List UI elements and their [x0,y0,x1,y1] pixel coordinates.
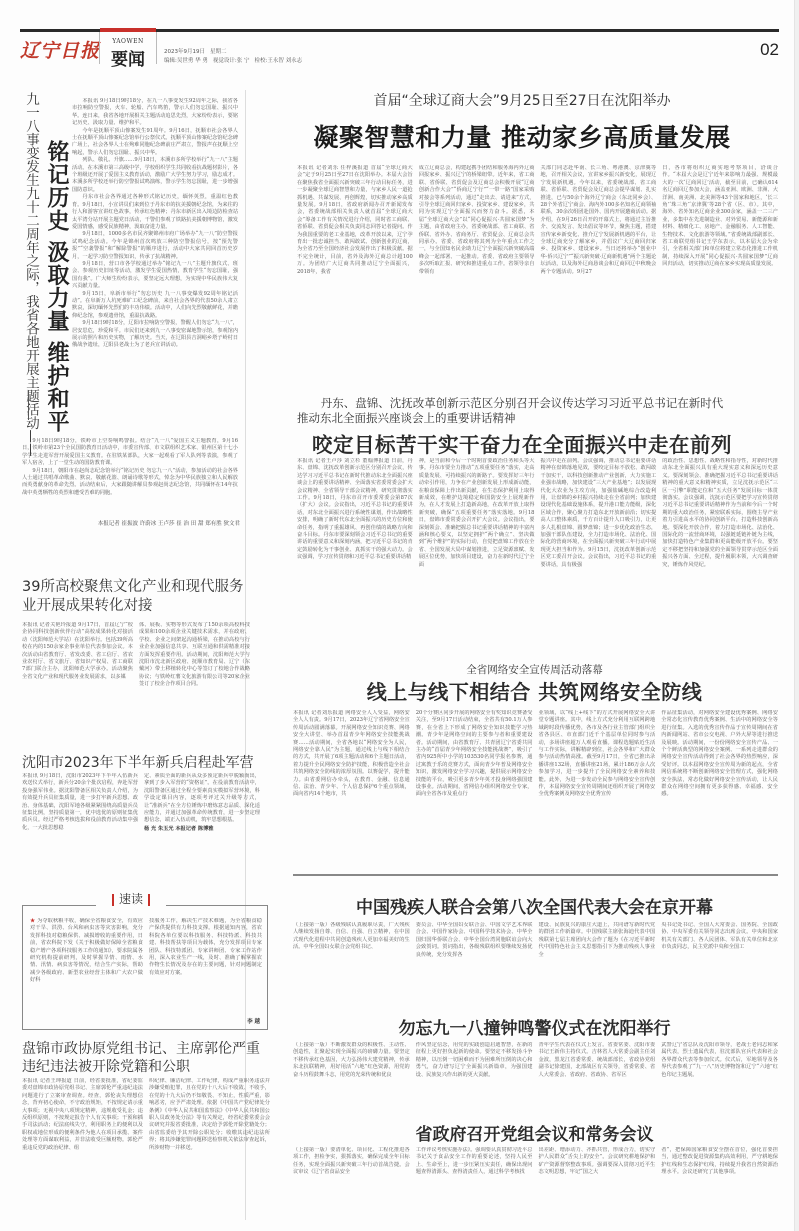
text-column: 的政治性、思想性、战略性和指导性，对新时代推动东北全面振兴具有重大现实意义和深远… [662,458,778,638]
proofreaders: 检校:王永智 刘永志 [254,58,302,64]
left1-headline: 39所高校聚焦文化产业和现代服务业开展成果转化对接 [22,578,252,616]
section-name-en: YAOWEN [100,38,156,45]
text-column: 20个分赛区同步开展的网络安全有奖知识竞赛备受关注，至9月17日活动结束，全省共… [416,710,533,865]
text-column: 本报讯 记者王坤报道 日前，经省委批准，省纪委监委对盘锦市政协原党组书记、主席郭… [22,1078,143,1213]
paragraph: 9月18日，营口市各学校通过举办“铭记九一八”主题升旗仪式、班会、参观历史旧址等… [72,261,238,291]
paragraph: 9月15日，阜新市举行“勿忘历史 九一八事变爆发92周年铭记活动”。在阜新万人坑… [72,291,238,321]
text-column: 为夺取秋粮丰收，确保全省粮食安全，有效应对干旱、洪涝、台风和病虫害等灾害影响，充… [30,918,143,983]
text-column: ★ 为夺取秋粮丰收，确保全省粮食安全，有效应对干旱、洪涝、台风和病虫害等灾害影响… [30,918,143,1018]
text-column: 织纪律、廉洁纪律、工作纪律，构成严重职务违法并涉嫌受贿犯罪，且在党的十八大后不收… [149,1078,270,1213]
paragraph: 9月18日，1000多名市民齐聚锦州市府广场举办“九一八”防空警报试鸣纪念活动。… [72,231,238,261]
issue-weekday: 星期二 [210,49,227,55]
text-column: 作风坚定信念，用党的实践创造启迪智慧，在新的征程上更好担负起新的使命。要坚定不移… [416,1042,533,1112]
masthead-divider [156,32,157,64]
text-column: 体、展板、实物等形式发布了150余项高校科技成果和100余项企业关键技术需求，并… [139,622,250,740]
quick-read-author: 李 越 [200,1017,260,1025]
paragraph: 9月18日9时18分，辽阳市拉响防空警报，警醒人们勿忘“九一八”，居安思危，珍爱… [72,320,238,350]
text-column: 本报讯 记者关艳玲报道 9月17日，首届辽宁“校企协同科技创新伙伴行动”高校成果… [22,622,133,740]
lead-headline: 铭记历史 汲取力量 维护和平 [40,140,70,433]
newspaper-logo: 辽宁日报 [20,36,96,66]
newspaper-page: 辽宁日报 YAOWEN 要闻 2023年9月19日星期二 编辑:吴世勇 华 勇视… [0,0,799,1231]
editors: 编辑:吴世勇 华 勇 [164,58,208,64]
quick-read-header: 速读 [96,890,166,910]
section-rule [293,874,778,876]
text-column: 本报讯 记者王卢莎 刘立杉 董翰博报道 日前，丹东、盘锦、沈抚改革创新示范区分别… [297,458,413,638]
lead-article-body: 本报讯 9月18日9时18分，在九一八事变发生92周年之际，我省各市拉响防空警报… [72,98,238,433]
page-number: 02 [760,40,779,60]
text-column: 央书记处书记、全国人大常委会、国务院、全国政协、中央军委有关领导同志出席会议。中… [661,922,778,997]
text-column: 日，各市将组织辽商实地考察项目，洽谈合作。“本届大会是辽宁近年来影响力最强、规模… [662,165,778,350]
header-bar-right [148,894,150,906]
story3-headline: 咬定目标苦干实干奋力在全面振兴中走在前列 [245,428,799,458]
text-column: 委员会、中华全国妇女联合会、中国文学艺术界联合会、中国作家协会、中国科学技术协会… [416,922,533,997]
designer: 视觉设计:张 宁 [213,58,250,64]
text-column: 技服务工作，解决生产技术难题，为全省粮食稳产保供提供有力科技支撑。根据通知内容，… [149,918,262,1018]
story3-body: 本报讯 记者王卢莎 刘立杉 董翰博报道 日前，丹东、盘锦、沈抚改革创新示范区分别… [297,458,778,638]
right2-body: （上接第一版）不断激发群众的积极性、主动性、创造性，汇聚起实现全面振兴的磅礴力量… [293,1042,778,1112]
story4-kicker: 全省网络安全宣传周活动落幕 [270,662,799,677]
masthead-meta: 2023年9月19日星期二 编辑:吴世勇 华 勇视觉设计:张 宁检校:王永智 刘… [164,48,307,66]
lead-article-body-wide: 9月18日9时18分，铁岭市上空奏响鸣警报。结合“九一八”爱国主义主题教育，9月… [22,438,238,518]
left3-body: 本报讯 记者王坤报道 日前，经省委批准，省纪委监委对盘锦市政协原党组书记、主席郭… [22,1078,270,1213]
story2-headline: 凝聚智慧和力量 推动家乡高质量发展 [245,118,799,154]
text-column: 振兴中走在前列。会议强调，推动总书记重要讲话精神在盘锦落地见效，要咬定目标不放松… [541,458,657,638]
text-column: 神，是当前和今后一个时期首要政治任务和头等大事。丹东市要全力推动“五项重要任务”… [419,458,535,638]
text-column: 建设、民族复兴的康庄大道上，共同谱写新时代党的群团工作新篇章。中国残联主席张海迪… [539,922,656,997]
section-name: 要闻 [100,45,156,70]
paragraph: 9月18日，朝阳市在赵尚志纪念馆举行“铭记历史 勿忘九一八”活动，参加活动的社会… [22,468,238,498]
left2-byline: 杨 光 朱玉光 本报记者 陈博雅 [144,826,260,833]
text-column: 本报讯 9月18日，沈阳市2023年下半年入伍新兵欢送仪式举行，新兵分20余个批… [22,773,138,863]
text-column: 工作评议考核实施办法》。强调要认真贯彻习近平总书记关于食品安全工作的重要论述，坚… [416,1147,533,1217]
text-column: 本报讯 记者刘乐报道 网络安全人人受益，网络安全人人有责。9月17日，2023年… [293,710,410,865]
header-bar-left [112,894,114,906]
kicker-dash [28,390,29,420]
right1-body: （上接第一版）各级残联认真履职尽责，广大残疾人继续发扬自尊、自信、自强、自立精神… [293,922,778,997]
text-column: 武警辽宁省总队及沈阳市领导，老战士老同志和家属代表，烈士遗属代表，驻沈部队官兵代… [661,1042,778,1112]
text-column: 出差距、增添动力、齐抓共管，形成合力，切实守护人民群众“舌尖上的安全”。会议研究… [539,1147,656,1217]
left2-headline: 沈阳市2023年下半年新兵启程赴军营 [22,752,272,772]
story3-kicker: 丹东、盘锦、沈抚改革创新示范区分别召开会议传达学习习近平总书记在新时代 [245,395,799,411]
story3-kicker-line2: 推动东北全面振兴座谈会上的重要讲话精神 [297,410,516,426]
paragraph: 列队、敬礼、升旗……9月18日，本溪市多所学校举行“九一八”主题活动。在本溪市第… [72,157,238,194]
text-column: 本报讯 记者刘乐 任梓溪报道 首届“全球辽商大会”定于9月25日至27日在沈阳举… [297,165,413,350]
text-column: 业领域，以“线上+线下”的方式开展网络安全大讲堂专题讲座。其中，线上方式充分利用… [539,710,656,865]
lead-kicker: 九一八事变发生九十二周年之际，我省各地开展主题活动—— [22,92,38,457]
text-column: （上接第一版）不断激发群众的积极性、主动性、创造性，汇聚起实现全面振兴的磅礴力量… [293,1042,410,1112]
text-column: 关部门同志赴华南、长三角、粤港澳、京津冀等地，召开相关会议，宣讲家乡振兴新变化，… [541,165,657,350]
story2-body: 本报讯 记者刘乐 任梓溪报道 首届“全球辽商大会”定于9月25日至27日在沈阳举… [297,165,778,350]
vertical-scrollbar[interactable] [794,0,799,1231]
issue-date: 2023年9月19日 [164,49,205,55]
quick-read-title: 速读 [119,892,143,906]
text-column: （上接第一版）各级残联认真履职尽责，广大残疾人继续发扬自尊、自信、自强、自立精神… [293,922,410,997]
paragraph: 9月18日9时18分，铁岭市上空奏响鸣警报。结合“九一八”爱国主义主题教育，9月… [22,438,238,468]
left3-headline: 盘锦市政协原党组书记、主席郭伦严重违纪违法被开除党籍和公职 [22,1040,272,1076]
quick-read-body: ★ 为夺取秋粮丰收，确保全省粮食安全，有效应对干旱、洪涝、台风和病虫害等灾害影响… [30,918,262,1018]
paragraph: 今年是抚顺平顶山惨案发生91周年。9月16日，抚顺市社会各界人士在抚顺平顶山惨案… [72,128,238,158]
story4-body: 本报讯 记者刘乐报道 网络安全人人受益，网络安全人人有责。9月17日，2023年… [293,710,778,865]
story2-kicker: 首届“全球辽商大会”9月25日至27日在沈阳举办 [245,90,799,110]
text-column: 成立辽商总会，构建起携手团结和服务海内外辽商回报家乡、振兴辽宁的桥梁纽带。近年来… [419,165,535,350]
right1-headline: 中国残疾人联合会第八次全国代表大会在京开幕 [270,893,799,918]
lead-byline: 本报记者 崔振波 许蔚冰 王卢莎 崔 治 田 甜 郑有胜 狄文君 [90,520,240,528]
left1-body: 本报讯 记者关艳玲报道 9月17日，首届辽宁“校企协同科技创新伙伴行动”高校成果… [22,622,250,740]
paragraph: 本报讯 9月18日9时18分，在九一八事变发生92周年之际，我省各市拉响防空警报… [72,98,238,128]
text-column: （上接第一版）要清单化、项目化、工程化推进各项工作，担检争实，狠抓落实，确保完成… [293,1147,410,1217]
section-accent-bar [100,28,156,32]
right2-headline: 勿忘九一八撞钟鸣警仪式在沈阳举行 [270,1014,799,1039]
text-column: 定、素质全面的新兵从众多预定新兵中脱颖而出，拿到了步入军营的“资格证”。在役前教… [144,773,260,863]
text-column: 作品征集活动，对网络安全建设优秀案例、网络安全常态化宣传教育优秀案例、生活中的网… [661,710,778,865]
story4-headline: 线上与线下相结合 共筑网络安全防线 [270,676,799,705]
text-column: 定、素质全面的新兵从众多预定新兵中脱颖而出，拿到了步入军营的“资格证”。在役前教… [144,773,260,823]
text-column: 青年学生代表在仪式上发言。省委常委、沈阳市委书记王新伟主持仪式。吉林省人大常委会… [539,1042,656,1112]
text-column: 者”，把保障国家粮食安全摆在首位，强化首要担当，通过整改促进资源集约高效利用，严… [661,1147,778,1217]
paragraph: 丹东市社会各界通过各种形式铭记历史，缅怀英烈，重温红色教育。9月18日，小宣讲员… [72,194,238,231]
right3-body: （上接第一版）要清单化、项目化、工程化推进各项工作，担检争实，狠抓落实，确保完成… [293,1147,778,1217]
right3-headline: 省政府召开党组会议和常务会议 [270,1120,799,1145]
left2-body: 本报讯 9月18日，沈阳市2023年下半年入伍新兵欢送仪式举行，新兵分20余个批… [22,773,260,863]
